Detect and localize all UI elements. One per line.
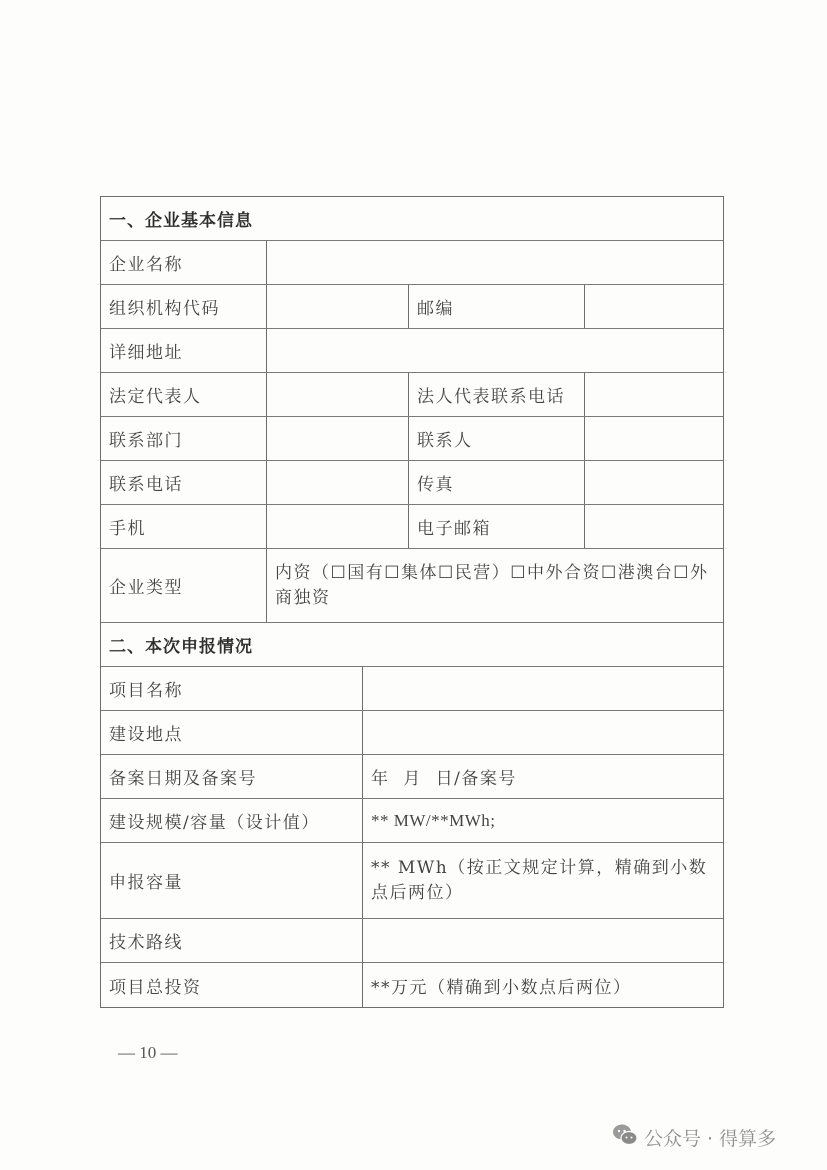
location-field[interactable] xyxy=(363,711,723,754)
page-number: — 10 — xyxy=(118,1043,178,1063)
postcode-field[interactable] xyxy=(585,285,723,328)
row-company-name: 企业名称 xyxy=(101,241,723,285)
field-label: 项目总投资 xyxy=(101,963,363,1007)
field-label: 企业类型 xyxy=(101,549,267,622)
row-investment: 项目总投资 **万元（精确到小数点后两位） xyxy=(101,963,723,1007)
investment-field[interactable]: **万元（精确到小数点后两位） xyxy=(363,963,723,1007)
row-project-name: 项目名称 xyxy=(101,667,723,711)
field-label: 建设地点 xyxy=(101,711,363,754)
row-company-type: 企业类型 内资（☐国有☐集体☐民营）☐中外合资☐港澳台☐外商独资 xyxy=(101,549,723,623)
field-label: 企业名称 xyxy=(101,241,267,284)
org-code-field[interactable] xyxy=(267,285,409,328)
field-label: 邮编 xyxy=(409,285,585,328)
project-name-field[interactable] xyxy=(363,667,723,710)
company-name-field[interactable] xyxy=(267,241,723,284)
row-legal-rep: 法定代表人 法人代表联系电话 xyxy=(101,373,723,417)
row-phone: 联系电话 传真 xyxy=(101,461,723,505)
row-tech-route: 技术路线 xyxy=(101,919,723,963)
field-label: 详细地址 xyxy=(101,329,267,372)
section-header-declaration: 二、本次申报情况 xyxy=(101,623,723,667)
field-label: 建设规模/容量（设计值） xyxy=(101,799,363,842)
scale-field[interactable]: ** MW/**MWh; xyxy=(363,799,723,842)
row-dept: 联系部门 联系人 xyxy=(101,417,723,461)
tech-route-field[interactable] xyxy=(363,919,723,962)
section-header-enterprise: 一、企业基本信息 xyxy=(101,197,723,241)
field-label: 技术路线 xyxy=(101,919,363,962)
legal-rep-field[interactable] xyxy=(267,373,409,416)
field-label: 电子邮箱 xyxy=(409,505,585,548)
declared-capacity-field[interactable]: ** MWh（按正文规定计算，精确到小数点后两位） xyxy=(363,843,723,918)
section-title: 二、本次申报情况 xyxy=(101,623,723,666)
mobile-field[interactable] xyxy=(267,505,409,548)
field-label: 申报容量 xyxy=(101,843,363,918)
filing-field[interactable]: 年 月 日/备案号 xyxy=(363,755,723,798)
row-address: 详细地址 xyxy=(101,329,723,373)
dept-field[interactable] xyxy=(267,417,409,460)
wechat-icon xyxy=(612,1123,638,1152)
watermark: 公众号 · 得算多 xyxy=(612,1123,776,1152)
watermark-text: 公众号 · 得算多 xyxy=(644,1124,776,1151)
row-org-code: 组织机构代码 邮编 xyxy=(101,285,723,329)
section-title: 一、企业基本信息 xyxy=(101,197,723,240)
legal-rep-phone-field[interactable] xyxy=(585,373,723,416)
field-label: 备案日期及备案号 xyxy=(101,755,363,798)
row-scale: 建设规模/容量（设计值） ** MW/**MWh; xyxy=(101,799,723,843)
row-filing: 备案日期及备案号 年 月 日/备案号 xyxy=(101,755,723,799)
field-label: 法人代表联系电话 xyxy=(409,373,585,416)
email-field[interactable] xyxy=(585,505,723,548)
field-label: 联系部门 xyxy=(101,417,267,460)
row-mobile: 手机 电子邮箱 xyxy=(101,505,723,549)
company-type-options[interactable]: 内资（☐国有☐集体☐民营）☐中外合资☐港澳台☐外商独资 xyxy=(267,549,723,622)
field-label: 传真 xyxy=(409,461,585,504)
field-label: 联系电话 xyxy=(101,461,267,504)
row-declared-capacity: 申报容量 ** MWh（按正文规定计算，精确到小数点后两位） xyxy=(101,843,723,919)
contact-person-field[interactable] xyxy=(585,417,723,460)
application-form-table: 一、企业基本信息 企业名称 组织机构代码 邮编 详细地址 法定代表人 法人代表联… xyxy=(100,196,724,1008)
address-field[interactable] xyxy=(267,329,723,372)
phone-field[interactable] xyxy=(267,461,409,504)
field-label: 手机 xyxy=(101,505,267,548)
field-label: 法定代表人 xyxy=(101,373,267,416)
fax-field[interactable] xyxy=(585,461,723,504)
field-label: 联系人 xyxy=(409,417,585,460)
field-label: 项目名称 xyxy=(101,667,363,710)
row-location: 建设地点 xyxy=(101,711,723,755)
field-label: 组织机构代码 xyxy=(101,285,267,328)
